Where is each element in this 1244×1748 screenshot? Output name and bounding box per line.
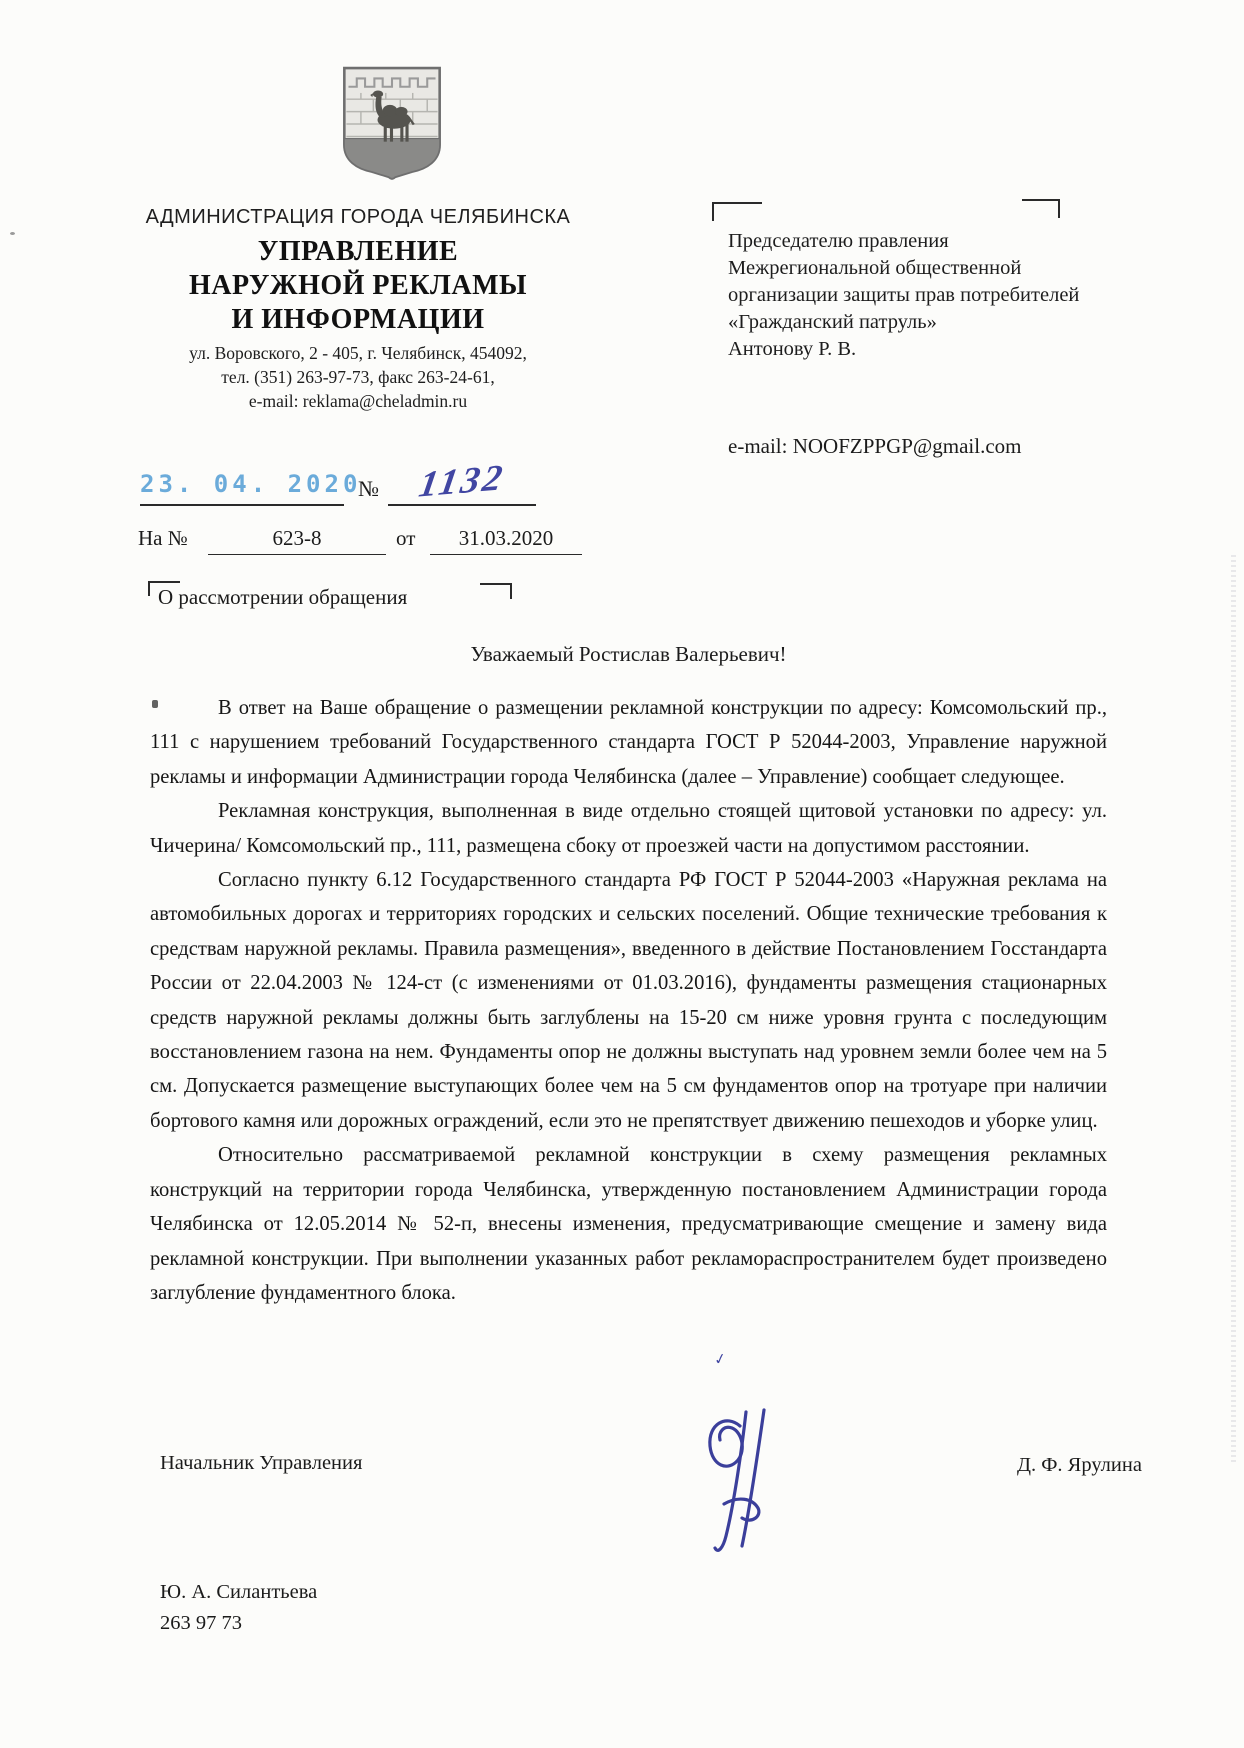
- addressee-line: организации защиты прав потребителей: [728, 282, 1128, 309]
- paragraph: Относительно рассматриваемой рекламной к…: [150, 1138, 1107, 1310]
- incoming-date: 31.03.2020: [430, 526, 582, 555]
- signer-name: Д. Ф. Ярулина: [1017, 1454, 1142, 1477]
- letterhead: АДМИНИСТРАЦИЯ ГОРОДА ЧЕЛЯБИНСКА УПРАВЛЕН…: [128, 206, 588, 413]
- org-name-line2: НАРУЖНОЙ РЕКЛАМЫ: [128, 269, 588, 303]
- addressee-line: Антонову Р. В.: [728, 336, 1128, 363]
- incoming-number: 623-8: [208, 526, 386, 555]
- executor-phone: 263 97 73: [160, 1612, 242, 1635]
- reply-reference-line: На № 623-8 от 31.03.2020: [138, 526, 598, 560]
- outgoing-number-slot: 1132: [388, 462, 536, 506]
- ink-mark: ✓: [712, 1349, 728, 1370]
- scan-speck: [10, 232, 15, 235]
- outgoing-number-handwritten: 1132: [416, 458, 508, 505]
- signature-ink: [688, 1408, 818, 1568]
- org-name-line3: И ИНФОРМАЦИИ: [128, 303, 588, 337]
- subject-block: О рассмотрении обращения: [148, 581, 568, 621]
- scan-speck: [152, 700, 158, 708]
- signer-position: Начальник Управления: [160, 1452, 362, 1475]
- scan-edge-artifact: [1231, 555, 1236, 1465]
- administration-line: АДМИНИСТРАЦИЯ ГОРОДА ЧЕЛЯБИНСКА: [128, 206, 588, 229]
- org-phone: тел. (351) 263-97-73, факс 263-24-61,: [128, 365, 588, 389]
- addressee-email: e-mail: NOOFZPPGP@gmail.com: [728, 434, 1128, 459]
- paragraph: В ответ на Ваше обращение о размещении р…: [150, 691, 1107, 794]
- corner-mark-icon: [480, 583, 512, 599]
- registration-line: 23. 04. 2020 № 1132: [140, 462, 560, 508]
- org-name-line1: УПРАВЛЕНИЕ: [128, 235, 588, 269]
- letter-body: Уважаемый Ростислав Валерьевич! В ответ …: [150, 642, 1107, 1310]
- paragraph: Рекламная конструкция, выполненная в вид…: [150, 794, 1107, 863]
- salutation: Уважаемый Ростислав Валерьевич!: [150, 642, 1107, 667]
- org-address: ул. Воровского, 2 - 405, г. Челябинск, 4…: [128, 341, 588, 365]
- addressee-line: Межрегиональной общественной: [728, 255, 1128, 282]
- coat-of-arms-icon: [340, 66, 444, 180]
- addressee-line: Председателю правления: [728, 228, 1128, 255]
- from-label: от: [396, 526, 415, 551]
- org-email: e-mail: reklama@cheladmin.ru: [128, 389, 588, 413]
- subject-text: О рассмотрении обращения: [158, 585, 407, 610]
- number-sign: №: [358, 476, 379, 502]
- addressee-line: «Гражданский патруль»: [728, 309, 1128, 336]
- date-stamp-slot: 23. 04. 2020: [140, 462, 344, 506]
- corner-mark-icon: [1022, 199, 1060, 218]
- paragraph: Согласно пункту 6.12 Государственного ст…: [150, 863, 1107, 1138]
- corner-mark-icon: [712, 202, 762, 221]
- addressee-block: Председателю правления Межрегиональной о…: [728, 228, 1128, 363]
- date-stamp: 23. 04. 2020: [140, 470, 361, 498]
- executor-name: Ю. А. Силантьева: [160, 1581, 317, 1604]
- scanned-letter-page: АДМИНИСТРАЦИЯ ГОРОДА ЧЕЛЯБИНСКА УПРАВЛЕН…: [0, 0, 1244, 1748]
- reply-prefix: На №: [138, 526, 188, 551]
